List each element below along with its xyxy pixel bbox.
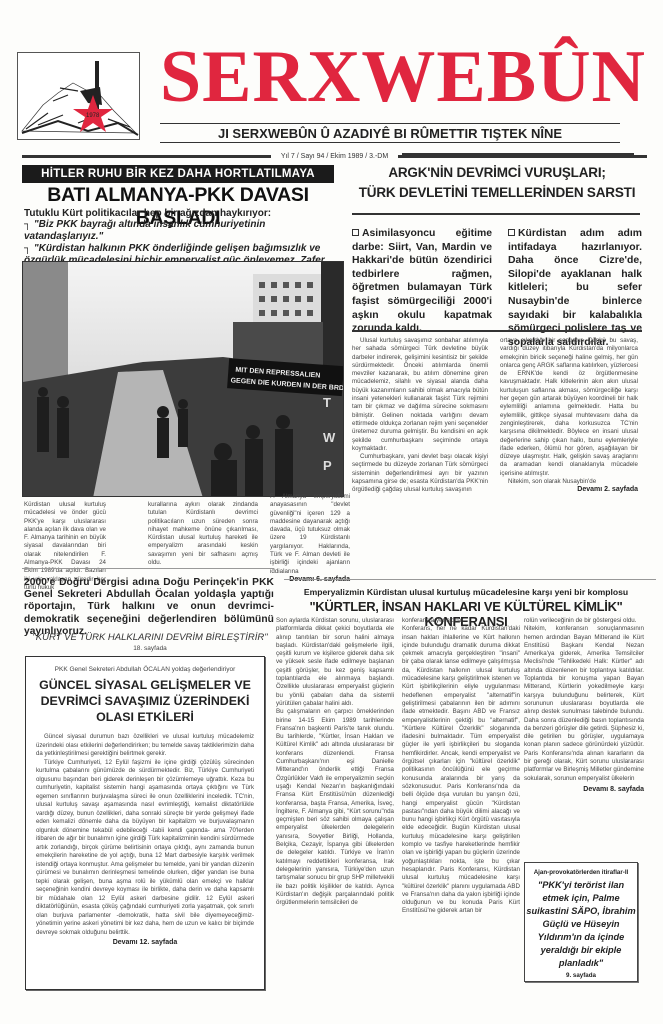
conference-continued-link[interactable]: Devamı 8. sayfada xyxy=(524,786,644,793)
ocalan-article-box: PKK Genel Sekreteri Abdullah ÖCALAN yold… xyxy=(25,656,265,990)
ajan-teaser-box[interactable]: Ajan-provokatörlerden itiraflar-II "PKK'… xyxy=(524,862,638,982)
argk-column-1: Ulusal kurtuluş savaşımız sonbahar atılı… xyxy=(352,337,488,495)
conference-column-3: rolün verileceğinin de bir göstergesi ol… xyxy=(524,617,644,783)
masthead-tagline: JI SERXWEBÛN Û AZADIYÊ BI RÛMETTIR TIŞTE… xyxy=(160,123,620,143)
issue-line: Yıl 7 / Sayı 94 / Ekim 1989 / 3.-DM xyxy=(22,150,647,162)
ajan-kicker: Ajan-provokatörlerden itiraflar-II xyxy=(525,869,637,876)
argk-headline: ARGK'NİN DEVRİMCİ VURUŞLARI; TÜRK DEVLET… xyxy=(352,163,642,203)
svg-text:W: W xyxy=(323,430,336,445)
argk-headline-line2: TÜRK DEVLETİNİ TEMELLERİNDEN SARSTI xyxy=(352,183,642,203)
conference-kicker: Emperyalizmin Kürdistan ulusal kurtuluş … xyxy=(276,587,656,597)
demonstration-photo: MIT DEN REPRESSALIEN GEGEN DIE KURDEN IN… xyxy=(22,261,344,497)
lead-column-2: kurallarına aykırı olarak zindanda tutul… xyxy=(148,501,258,567)
masthead-title: SERXWEBÛN xyxy=(148,40,658,114)
svg-text:1978: 1978 xyxy=(86,113,100,119)
checkbox-bullet-icon xyxy=(352,229,359,236)
svg-text:T: T xyxy=(323,395,331,410)
perincek-page-ref[interactable]: 18. sayfada xyxy=(30,645,270,652)
argk-continued-link[interactable]: Devamı 2. sayfada xyxy=(500,486,638,493)
divider xyxy=(22,155,271,158)
conference-column-3-wrap: rolün verileceğinin de bir göstergesi ol… xyxy=(524,617,644,793)
ajan-quote: "PKK'yi terörist ilan etmek için, Palme … xyxy=(525,879,637,970)
lead-kicker: HİTLER RUHU BİR KEZ DAHA HORTLATILMAYA Ç… xyxy=(22,165,334,183)
ocalan-body: Güncel siyasal durumun bazı özellikleri … xyxy=(36,733,254,937)
divider xyxy=(352,213,640,215)
divider xyxy=(284,579,656,580)
perincek-title: "KÜRT VE TÜRK HALKLARINI DEVRİM BİRLEŞTİ… xyxy=(30,632,270,643)
lead-subhead-text: Tutuklu Kürt politikacılar hep bir ağızd… xyxy=(24,208,334,219)
lead-column-3: F. Almanya emperyalizmi anayasasının "de… xyxy=(270,493,350,576)
logo: 1978 xyxy=(17,52,140,140)
conference-column-2: konferansta yer aldılar. Konferans, her … xyxy=(402,617,520,916)
lead-column-3-wrap: F. Almanya emperyalizmi anayasasının "de… xyxy=(270,493,350,583)
perincek-intro: 2000'e Doğru Dergisi adına Doğu Perinçek… xyxy=(24,577,274,638)
divider xyxy=(402,153,634,156)
argk-highlight-left: Asimilasyoncu eğitime darbe: Siirt, Van,… xyxy=(352,227,492,336)
svg-text:P: P xyxy=(323,458,332,473)
argk-headline-line1: ARGK'NİN DEVRİMCİ VURUŞLARI; xyxy=(352,163,642,183)
checkbox-bullet-icon xyxy=(508,229,515,236)
mountain-star-emblem-icon: 1978 xyxy=(18,53,140,140)
ocalan-headline: GÜNCEL SİYASAL GELİŞMELER VE DEVRİMCİ SA… xyxy=(32,677,258,725)
divider xyxy=(352,330,642,332)
ocalan-kicker: PKK Genel Sekreteri Abdullah ÖCALAN yold… xyxy=(26,666,264,673)
ajan-page-ref[interactable]: 9. sayfada xyxy=(525,972,637,979)
argk-column-2: ortaya çıkardığı bir sonuçtur. Çünkü bu … xyxy=(500,337,638,486)
conference-column-1: Son aylarda Kürdistan sorunu, uluslarara… xyxy=(276,617,394,907)
ocalan-continued-link[interactable]: Devamı 12. sayfada xyxy=(26,939,264,946)
issue-info: Yıl 7 / Sayı 94 / Ekim 1989 / 3.-DM xyxy=(271,153,398,160)
lead-quote: ┐ "Biz PKK bayrağı altında insanlık cumh… xyxy=(24,219,334,243)
divider xyxy=(22,568,274,569)
argk-column-2-wrap: ortaya çıkardığı bir sonuçtur. Çünkü bu … xyxy=(500,337,638,493)
